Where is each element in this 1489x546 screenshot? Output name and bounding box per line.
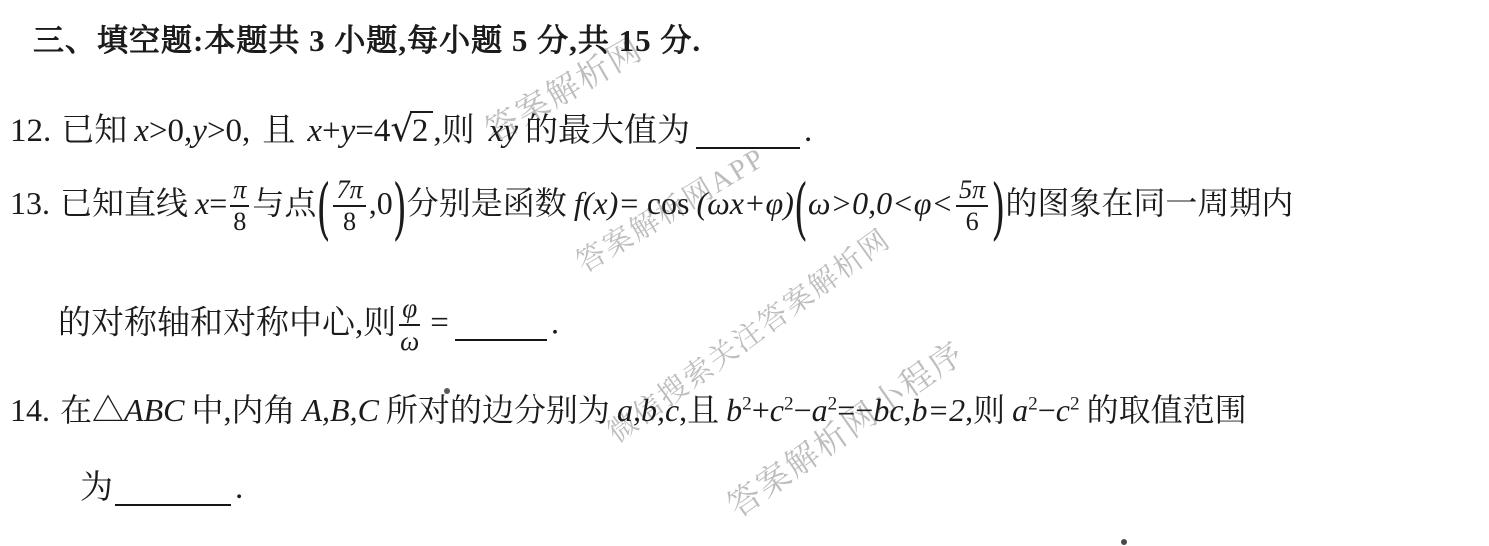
q14-math-angles: A,B,C: [302, 392, 378, 428]
q13-number: 13.: [10, 185, 50, 221]
radicand: 2: [410, 111, 434, 148]
superscript-2: 2: [1028, 393, 1038, 414]
q12-math-y2: y: [341, 113, 356, 149]
superscript-2: 2: [742, 393, 752, 414]
q13-math-fx: f(x)=: [574, 185, 640, 221]
q12-math-y1: y: [192, 113, 207, 149]
q14-math-c: c: [770, 392, 784, 428]
q12-text-then: ,则: [433, 113, 474, 149]
frac-denominator: 6: [956, 207, 988, 236]
q14-comma: ,: [904, 392, 912, 428]
q14-math-plus: +: [752, 392, 770, 428]
frac-denominator: 8: [230, 207, 249, 236]
q14-math-a: a: [812, 392, 828, 428]
q12-math-x2: x: [307, 113, 322, 149]
q12-answer-blank: [696, 117, 800, 149]
q14-math-minus: −: [794, 392, 812, 428]
q13-frac-7pi8: 7π8: [333, 176, 365, 237]
question-14-line2: 为.: [80, 468, 243, 509]
q12-math-plus: +: [322, 113, 341, 149]
q13-text-axis: 的对称轴和对称中心,则: [58, 305, 396, 341]
q14-math-beq: b=2: [912, 392, 966, 428]
q12-math-x1: x: [134, 113, 149, 149]
q14-text-range: 的取值范围: [1087, 392, 1247, 428]
q14-text-and: ,且: [679, 392, 719, 428]
frac-numerator: π: [230, 176, 249, 207]
question-14-line1: 14.在△ABC中,内角A,B,C所对的边分别为a,b,c,且b2+c2−a2=…: [10, 390, 1247, 430]
q14-math-bc: bc: [873, 392, 903, 428]
q13-math-cond: ω>0,0<φ<: [808, 185, 953, 221]
q12-math-gt2: >0,: [207, 113, 250, 149]
left-paren-big: (: [794, 178, 808, 245]
q14-math-c2: c: [1056, 392, 1070, 428]
q12-number: 12.: [10, 113, 51, 149]
q13-period: .: [551, 305, 559, 341]
ink-speck: [444, 388, 450, 394]
ink-speck: [1121, 539, 1127, 545]
superscript-2: 2: [784, 393, 794, 414]
q12-period: .: [804, 113, 812, 149]
q13-text-same-period: 的图象在同一周期内: [1005, 185, 1293, 221]
q12-sqrt2: √2: [390, 106, 433, 152]
q14-text-then: ,则: [965, 392, 1005, 428]
q14-text-mid: 中,内角: [191, 392, 295, 428]
q14-math-ABC: ABC: [124, 392, 184, 428]
q13-math-eq: =: [209, 185, 227, 221]
q13-math-cos: cos: [647, 185, 690, 221]
q13-frac-phi-omega: φω: [399, 294, 420, 356]
q14-math-a2: a: [1012, 392, 1028, 428]
question-12: 12.已知x>0,y>0,且x+y=4√2,则xy的最大值为.: [10, 106, 812, 152]
q14-math-b: b: [726, 392, 742, 428]
q13-math-comma0: ,0: [369, 185, 393, 221]
q13-text-point: 与点: [252, 185, 316, 221]
triangle-symbol: △: [92, 392, 124, 428]
q12-text-and: 且: [262, 113, 295, 149]
q14-math-abc: a,b,c: [617, 392, 679, 428]
q14-text-for: 为: [80, 470, 113, 506]
frac-numerator: φ: [399, 294, 420, 326]
q14-text-in: 在: [60, 392, 92, 428]
frac-denominator: 8: [333, 207, 365, 236]
q13-math-x: x: [195, 185, 209, 221]
section-header: 三、填空题:本题共 3 小题,每小题 5 分,共 15 分.: [33, 22, 701, 61]
q14-math-minus2: −: [1038, 392, 1056, 428]
q12-math-xy: xy: [489, 113, 518, 149]
question-13-line1: 13.已知直线x=π8与点(7π8,0)分别是函数f(x)=cos(ωx+φ)(…: [10, 176, 1293, 237]
q14-answer-blank: [115, 474, 231, 506]
q13-text-are: 分别是函数: [407, 185, 567, 221]
superscript-2: 2: [828, 393, 838, 414]
q12-math-gt1: >0,: [149, 113, 192, 149]
superscript-2: 2: [1070, 393, 1080, 414]
q13-frac-pi8: π8: [230, 176, 249, 237]
frac-numerator: 7π: [333, 176, 365, 207]
q14-period: .: [235, 470, 243, 506]
q14-math-eqneg: =−: [837, 392, 873, 428]
q13-answer-blank: [455, 310, 547, 342]
question-13-line2: 的对称轴和对称中心,则φω=.: [58, 294, 559, 356]
q12-math-eq4: =4: [355, 113, 390, 149]
right-paren-big: ): [393, 178, 407, 245]
frac-denominator: ω: [399, 326, 420, 356]
q12-text-known: 已知: [61, 113, 127, 149]
q12-text-max: 的最大值为: [525, 113, 690, 149]
q13-frac-5pi6: 5π6: [956, 176, 988, 237]
q13-math-arg: (ωx+φ): [696, 185, 793, 221]
right-paren-big: ): [991, 178, 1005, 245]
left-paren-big: (: [316, 178, 330, 245]
frac-numerator: 5π: [956, 176, 988, 207]
exam-page: 答案解析网 答案解析网APP 微信搜索关注答案解析网 答案解析网小程序 三、填空…: [0, 0, 1489, 546]
q13-math-eq2: =: [430, 305, 449, 341]
q14-text-sides: 所对的边分别为: [386, 392, 610, 428]
q13-text-line: 已知直线: [60, 185, 188, 221]
q14-number: 14.: [10, 392, 50, 428]
